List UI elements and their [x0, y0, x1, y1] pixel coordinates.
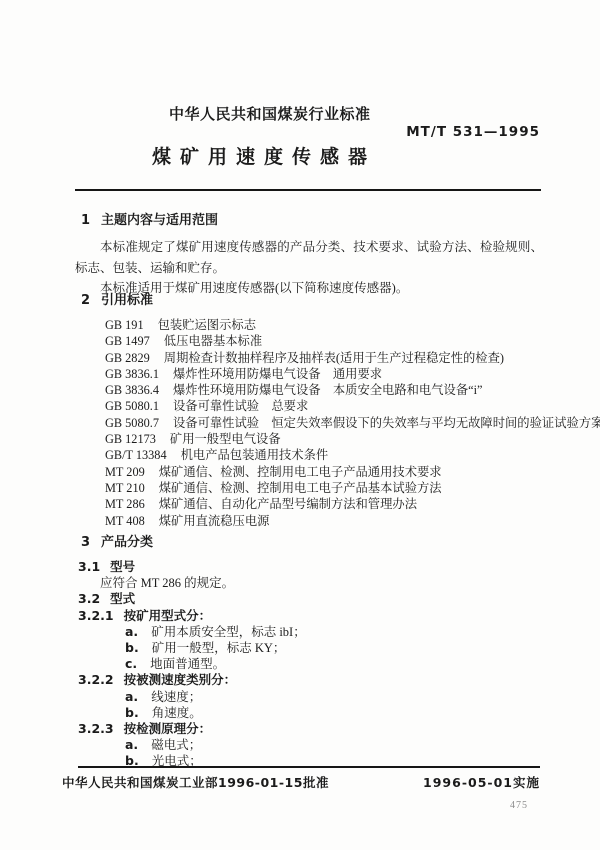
reference-title: 包装贮运图示标志	[158, 315, 256, 333]
reference-row: MT 286 煤矿通信、自动化产品型号编制方法和管理办法	[105, 494, 550, 510]
standard-number: MT/T 531—1995	[406, 124, 540, 140]
clause-body-row: 应符合 MT 286 的规定。	[75, 573, 543, 589]
reference-code: GB 5080.7	[105, 416, 159, 431]
clause-row: 3.2 型式	[75, 589, 543, 605]
reference-row: GB 191 包装贮运图示标志	[105, 315, 550, 331]
reference-code: GB 5080.1	[105, 399, 159, 414]
reference-row: GB 3836.1 爆炸性环境用防爆电气设备 通用要求	[105, 364, 550, 380]
subitem-letter: a.	[125, 624, 138, 639]
document-title: 煤矿用速度传感器	[152, 142, 376, 169]
clause-subitem-row: b. 矿用一般型，标志 KY；	[75, 638, 543, 654]
subitem-letter: b.	[125, 640, 139, 655]
reference-row: MT 210 煤矿通信、检测、控制用电工电子产品基本试验方法	[105, 478, 550, 494]
clause-subitem-row: b. 光电式；	[75, 751, 543, 767]
section-number: 3	[81, 535, 90, 550]
reference-title: 设备可靠性试验 恒定失效率假设下的失效率与平均无故障时间的验证试验方案	[173, 413, 600, 431]
reference-title: 煤矿通信、检测、控制用电工电子产品基本试验方法	[159, 478, 442, 496]
section-heading-text: 产品分类	[101, 531, 153, 550]
reference-title: 煤矿通信、检测、控制用电工电子产品通用技术要求	[159, 462, 442, 480]
reference-code: GB 12173	[105, 432, 156, 447]
reference-row: MT 209 煤矿通信、检测、控制用电工电子产品通用技术要求	[105, 462, 550, 478]
section-classification-heading: 3 产品分类	[75, 531, 543, 550]
implementation-date: 1996-05-01实施	[423, 773, 540, 791]
reference-row: GB 5080.7 设备可靠性试验 恒定失效率假设下的失效率与平均无故障时间的验…	[105, 413, 550, 429]
section-scope: 1 主题内容与适用范围 本标准规定了煤矿用速度传感器的产品分类、技术要求、试验方…	[75, 209, 543, 299]
reference-code: GB/T 13384	[105, 448, 167, 463]
reference-title: 设备可靠性试验 总要求	[173, 396, 308, 414]
clause-row: 3.2.3 按检测原理分：	[75, 719, 543, 735]
reference-code: MT 286	[105, 497, 145, 512]
section-classification: 3 产品分类 3.1 型号 应符合 MT 286 的规定。 3.2 型式 3.2…	[75, 531, 543, 767]
reference-code: GB 3836.1	[105, 367, 159, 382]
clause-number: 3.2.3	[75, 721, 114, 736]
clause-row: 3.2.2 按被测速度类别分：	[75, 670, 543, 686]
reference-row: GB 12173 矿用一般型电气设备	[105, 429, 550, 445]
reference-code: GB 2829	[105, 351, 150, 366]
reference-code: MT 408	[105, 514, 145, 529]
section-references-heading: 2 引用标准	[75, 289, 153, 308]
reference-row: GB 5080.1 设备可靠性试验 总要求	[105, 396, 550, 412]
scope-paragraph: 本标准规定了煤矿用速度传感器的产品分类、技术要求、试验方法、检验规则、标志、包装…	[75, 237, 543, 278]
reference-title: 低压电器基本标准	[164, 331, 262, 349]
clause-number: 3.2	[75, 591, 100, 606]
subitem-letter: a.	[125, 737, 138, 752]
reference-row: MT 408 煤矿用直流稳压电源	[105, 511, 550, 527]
reference-code: MT 209	[105, 465, 145, 480]
reference-code: GB 1497	[105, 334, 150, 349]
reference-title: 矿用一般型电气设备	[170, 429, 281, 447]
clause-subitem-row: c. 地面普通型。	[75, 654, 543, 670]
clause-subitem-row: a. 矿用本质安全型，标志 ibI；	[75, 622, 543, 638]
header-divider	[75, 189, 541, 191]
section-heading-text: 引用标准	[101, 289, 153, 308]
reference-title: 爆炸性环境用防爆电气设备 本质安全电路和电气设备“i”	[173, 380, 482, 398]
section-number: 2	[81, 293, 90, 308]
reference-title: 爆炸性环境用防爆电气设备 通用要求	[173, 364, 382, 382]
section-heading-text: 主题内容与适用范围	[101, 209, 218, 228]
clause-number: 3.2.1	[75, 608, 114, 623]
reference-code: MT 210	[105, 481, 145, 496]
reference-row: GB 3836.4 爆炸性环境用防爆电气设备 本质安全电路和电气设备“i”	[105, 380, 550, 396]
clause-number: 3.2.2	[75, 672, 114, 687]
reference-row: GB 2829 周期检查计数抽样程序及抽样表(适用于生产过程稳定性的检查)	[105, 348, 550, 364]
reference-row: GB/T 13384 机电产品包装通用技术条件	[105, 445, 550, 461]
clause-row: 3.2.1 按矿用型式分：	[75, 606, 543, 622]
footer-divider	[78, 766, 540, 768]
reference-row: GB 1497 低压电器基本标准	[105, 331, 550, 347]
subitem-letter: a.	[125, 689, 138, 704]
clause-row: 3.1 型号	[75, 557, 543, 573]
clause-subitem-row: b. 角速度。	[75, 703, 543, 719]
reference-title: 煤矿用直流稳压电源	[159, 511, 270, 529]
standard-document-page: 中华人民共和国煤炭行业标准 MT/T 531—1995 煤矿用速度传感器 1 主…	[0, 0, 600, 850]
reference-code: GB 3836.4	[105, 383, 159, 398]
clause-number: 3.1	[75, 559, 100, 574]
subitem-letter: b.	[125, 705, 139, 720]
approval-statement: 中华人民共和国煤炭工业部1996-01-15批准	[62, 773, 329, 791]
reference-title: 机电产品包装通用技术条件	[181, 445, 329, 463]
section-scope-heading: 1 主题内容与适用范围	[75, 209, 543, 228]
subitem-letter: c.	[125, 656, 137, 671]
reference-list: GB 191 包装贮运图示标志 GB 1497 低压电器基本标准 GB 2829…	[105, 315, 550, 527]
standard-org-line: 中华人民共和国煤炭行业标准	[169, 103, 371, 124]
clause-subitem-row: a. 磁电式；	[75, 735, 543, 751]
reference-title: 周期检查计数抽样程序及抽样表(适用于生产过程稳定性的检查)	[164, 348, 504, 366]
section-number: 1	[81, 213, 90, 228]
reference-title: 煤矿通信、自动化产品型号编制方法和管理办法	[159, 494, 417, 512]
page-number: 475	[510, 800, 528, 811]
reference-code: GB 191	[105, 318, 144, 333]
clause-subitem-row: a. 线速度；	[75, 687, 543, 703]
